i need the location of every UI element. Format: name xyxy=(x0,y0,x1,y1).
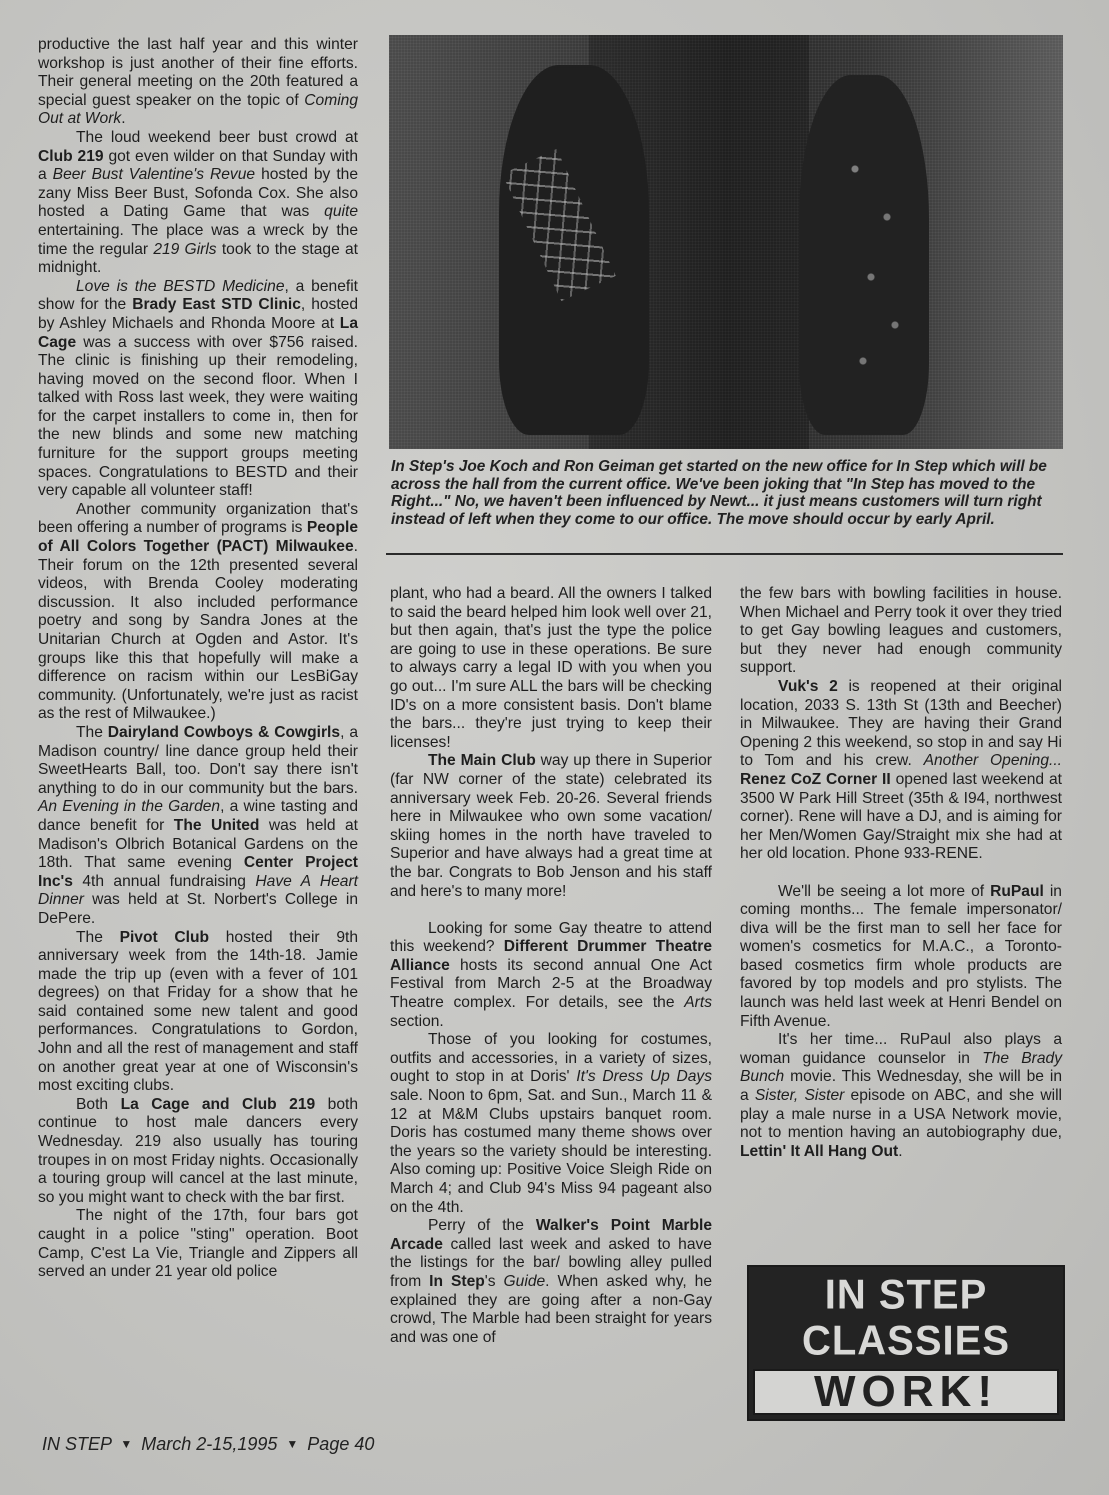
footer-date: March 2-15,1995 xyxy=(141,1434,277,1454)
paragraph: The loud weekend beer bust crowd at Club… xyxy=(38,129,358,278)
text: way up there in Superior (far NW corner … xyxy=(390,752,712,899)
paragraph: productive the last half year and this w… xyxy=(38,36,358,129)
text: sale. Noon to 6pm, Sat. and Sun., March … xyxy=(390,1087,712,1216)
book-title: Lettin' It All Hang Out xyxy=(740,1143,898,1160)
event-title: It's Dress Up Days xyxy=(576,1068,712,1085)
text: The loud weekend beer bust crowd at xyxy=(76,129,358,146)
group-name: 219 Girls xyxy=(153,241,216,258)
article-column-2: plant, who had a beard. All the owners I… xyxy=(390,585,712,1347)
publication-name: In Step xyxy=(429,1273,485,1290)
venue-name: Renez CoZ Corner II xyxy=(740,771,891,788)
section-name: Arts xyxy=(684,994,712,1011)
paragraph: The night of the 17th, four bars got cau… xyxy=(38,1207,358,1281)
person-name: RuPaul xyxy=(990,883,1044,900)
organization-name: Dairyland Cowboys & Cowgirls xyxy=(108,724,340,741)
paragraph: Vuk's 2 is reopened at their original lo… xyxy=(740,678,1062,864)
emphasis: quite xyxy=(324,203,358,220)
paragraph: Both La Cage and Club 219 both continue … xyxy=(38,1096,358,1208)
show-title: Sister, Sister xyxy=(755,1087,844,1104)
text: Both xyxy=(76,1096,121,1113)
footer-publication: IN STEP xyxy=(42,1434,111,1454)
page-footer: IN STEP ▼ March 2-15,1995 ▼ Page 40 xyxy=(42,1434,374,1455)
venue-name: Club 219 xyxy=(38,148,104,165)
text: hosted their 9th anniversary week from t… xyxy=(38,929,358,1095)
photo-caption: In Step's Joe Koch and Ron Geiman get st… xyxy=(391,458,1061,528)
paragraph: Perry of the Walker's Point Marble Arcad… xyxy=(390,1217,712,1347)
text: 4th annual fundraising xyxy=(73,873,255,890)
event-title: An Evening in the Garden xyxy=(38,798,220,815)
text: was held at St. Norbert's College in DeP… xyxy=(38,891,358,927)
text: We'll be seeing a lot more of xyxy=(778,883,990,900)
venue-name: La Cage and Club 219 xyxy=(121,1096,316,1113)
section-name: Guide xyxy=(504,1273,546,1290)
text: was a success with over $756 raised. The… xyxy=(38,334,358,500)
classifieds-ad: IN STEP CLASSIES WORK! xyxy=(747,1265,1065,1421)
paragraph: Love is the BESTD Medicine, a benefit sh… xyxy=(38,278,358,501)
divider-rule xyxy=(386,553,1063,555)
paragraph: The Main Club way up there in Superior (… xyxy=(390,752,712,901)
triangle-separator-icon: ▼ xyxy=(120,1437,132,1451)
organization-name: The United xyxy=(174,817,260,834)
photo-pattern xyxy=(839,145,919,385)
text: The xyxy=(76,724,108,741)
paragraph: Looking for some Gay theatre to attend t… xyxy=(390,920,712,1032)
emphasis: Another Opening... xyxy=(924,752,1062,769)
triangle-separator-icon: ▼ xyxy=(286,1437,298,1451)
ad-headline-line2: CLASSIES xyxy=(749,1318,1063,1365)
text: 's xyxy=(485,1273,504,1290)
text: The xyxy=(76,929,120,946)
paragraph: Another community organization that's be… xyxy=(38,501,358,724)
text: The night of the 17th, four bars got cau… xyxy=(38,1207,358,1280)
paragraph: We'll be seeing a lot more of RuPaul in … xyxy=(740,883,1062,1032)
article-photo xyxy=(389,35,1063,449)
paragraph: the few bars with bowling facilities in … xyxy=(740,585,1062,678)
footer-page-number: Page 40 xyxy=(307,1434,374,1454)
text: . xyxy=(898,1143,902,1160)
article-column-3: the few bars with bowling facilities in … xyxy=(740,585,1062,1161)
paragraph: It's her time... RuPaul also plays a wom… xyxy=(740,1031,1062,1161)
event-title: Love is the BESTD Medicine xyxy=(76,278,285,295)
venue-name: Pivot Club xyxy=(120,929,209,946)
text: the few bars with bowling facilities in … xyxy=(740,585,1062,676)
ad-tagline: WORK! xyxy=(753,1369,1059,1415)
text: . xyxy=(121,110,125,127)
venue-name: The Main Club xyxy=(428,752,536,769)
text: in coming months... The female impersona… xyxy=(740,883,1062,1030)
venue-name: Vuk's 2 xyxy=(778,678,838,695)
organization-name: Brady East STD Clinic xyxy=(132,296,301,313)
text: section. xyxy=(390,1013,444,1030)
paragraph: Those of you looking for costumes, outfi… xyxy=(390,1031,712,1217)
ad-headline-line1: IN STEP xyxy=(749,1272,1063,1319)
paragraph: The Dairyland Cowboys & Cowgirls, a Madi… xyxy=(38,724,358,929)
text: Perry of the xyxy=(428,1217,536,1234)
text: . Their forum on the 12th presented seve… xyxy=(38,538,358,722)
paragraph: The Pivot Club hosted their 9th annivers… xyxy=(38,929,358,1096)
article-column-1: productive the last half year and this w… xyxy=(38,36,358,1282)
newspaper-page: productive the last half year and this w… xyxy=(0,0,1109,1495)
text: plant, who had a beard. All the owners I… xyxy=(390,585,712,751)
event-title: Beer Bust Valentine's Revue xyxy=(53,166,255,183)
paragraph: plant, who had a beard. All the owners I… xyxy=(390,585,712,752)
